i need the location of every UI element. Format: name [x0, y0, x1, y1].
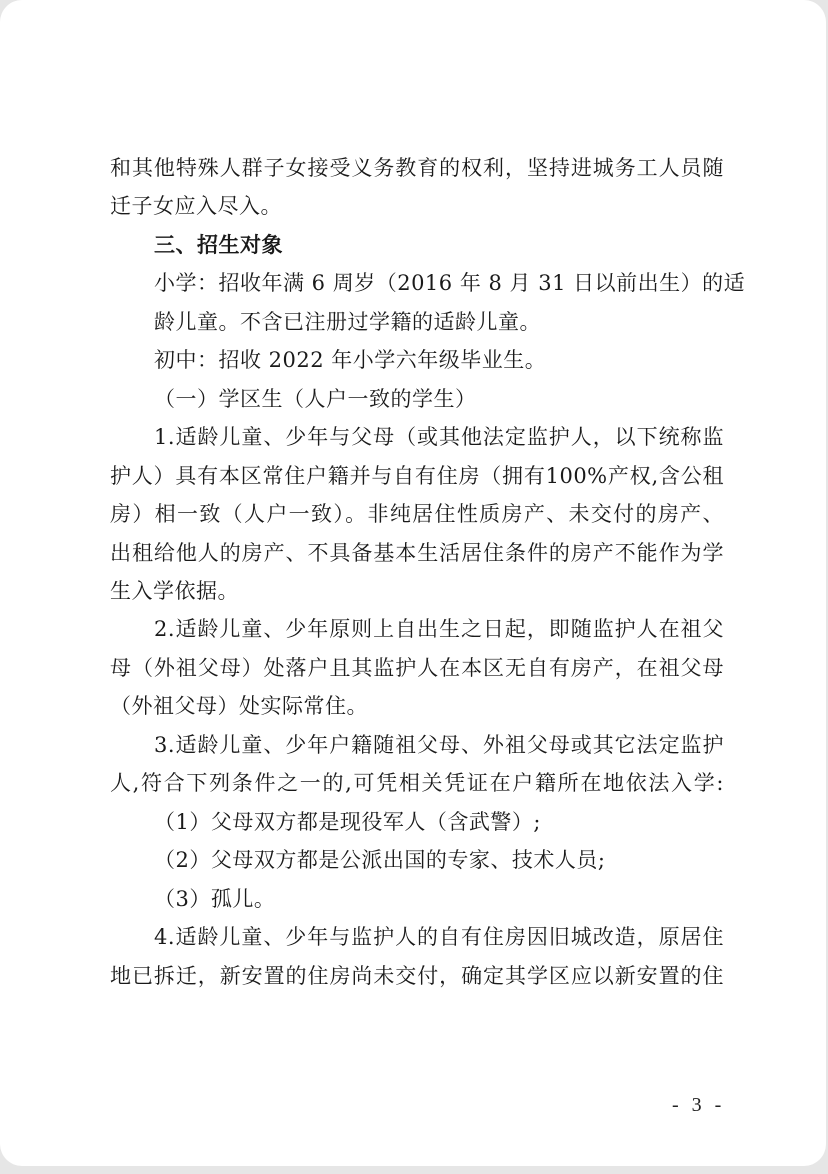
- document-page: 和其他特殊人群子女接受义务教育的权利，坚持进城务工人员随 迁子女应入尽入。 三、…: [0, 0, 826, 1166]
- paragraph-item-3: 3.适龄儿童、少年户籍随祖父母、外祖父母或其它法定监护 人,符合下列条件之一的,…: [110, 726, 724, 803]
- text-line: 1.适龄儿童、少年与父母（或其他法定监护人，以下统称监: [110, 418, 724, 456]
- text-line: 迁子女应入尽入。: [110, 187, 724, 225]
- paragraph-middle-school: 初中：招收 2022 年小学六年级毕业生。: [110, 341, 724, 379]
- text-line: 小学：招收年满 6 周岁（2016 年 8 月 31 日以前出生）的适: [110, 264, 724, 302]
- text-line: 4.适龄儿童、少年与监护人的自有住房因旧城改造，原居住: [110, 918, 724, 956]
- condition-3: （3）孤儿。: [110, 880, 724, 918]
- text-line: 2.适龄儿童、少年原则上自出生之日起，即随监护人在祖父: [110, 610, 724, 648]
- paragraph-item-1: 1.适龄儿童、少年与父母（或其他法定监护人，以下统称监 护人）具有本区常住户籍并…: [110, 418, 724, 610]
- paragraph-primary-school: 小学：招收年满 6 周岁（2016 年 8 月 31 日以前出生）的适 龄儿童。…: [110, 264, 724, 341]
- condition-1: （1）父母双方都是现役军人（含武警）;: [110, 803, 724, 841]
- text-line: 出租给他人的房产、不具备基本生活居住条件的房产不能作为学: [110, 534, 724, 572]
- subsection-heading: （一）学区生（人户一致的学生）: [110, 380, 724, 418]
- text-line: 和其他特殊人群子女接受义务教育的权利，坚持进城务工人员随: [110, 149, 724, 187]
- text-line: （3）孤儿。: [110, 880, 724, 918]
- text-line: 母（外祖父母）处落户且其监护人在本区无自有房产，在祖父母: [110, 649, 724, 687]
- text-line: （2）父母双方都是公派出国的专家、技术人员;: [110, 841, 724, 879]
- text-line: 地已拆迁，新安置的住房尚未交付，确定其学区应以新安置的住: [110, 957, 724, 995]
- text-line: 3.适龄儿童、少年户籍随祖父母、外祖父母或其它法定监护: [110, 726, 724, 764]
- document-body: 和其他特殊人群子女接受义务教育的权利，坚持进城务工人员随 迁子女应入尽入。 三、…: [110, 149, 724, 995]
- text-line: 生入学依据。: [110, 572, 724, 610]
- text-line: 龄儿童。不含已注册过学籍的适龄儿童。: [110, 303, 724, 341]
- condition-2: （2）父母双方都是公派出国的专家、技术人员;: [110, 841, 724, 879]
- text-line: 护人）具有本区常住户籍并与自有住房（拥有100%产权,含公租: [110, 457, 724, 495]
- text-line: （外祖父母）处实际常住。: [110, 687, 724, 725]
- paragraph-rights: 和其他特殊人群子女接受义务教育的权利，坚持进城务工人员随 迁子女应入尽入。: [110, 149, 724, 226]
- paragraph-item-4: 4.适龄儿童、少年与监护人的自有住房因旧城改造，原居住 地已拆迁，新安置的住房尚…: [110, 918, 724, 995]
- page-number: - 3 -: [672, 1094, 725, 1117]
- section-heading: 三、招生对象: [110, 226, 724, 264]
- text-line: 人,符合下列条件之一的,可凭相关凭证在户籍所在地依法入学:: [110, 764, 724, 802]
- text-line: （1）父母双方都是现役军人（含武警）;: [110, 803, 724, 841]
- paragraph-item-2: 2.适龄儿童、少年原则上自出生之日起，即随监护人在祖父 母（外祖父母）处落户且其…: [110, 610, 724, 725]
- text-line: 初中：招收 2022 年小学六年级毕业生。: [110, 341, 724, 379]
- text-line: （一）学区生（人户一致的学生）: [110, 380, 724, 418]
- text-line: 房）相一致（人户一致）。非纯居住性质房产、未交付的房产、: [110, 495, 724, 533]
